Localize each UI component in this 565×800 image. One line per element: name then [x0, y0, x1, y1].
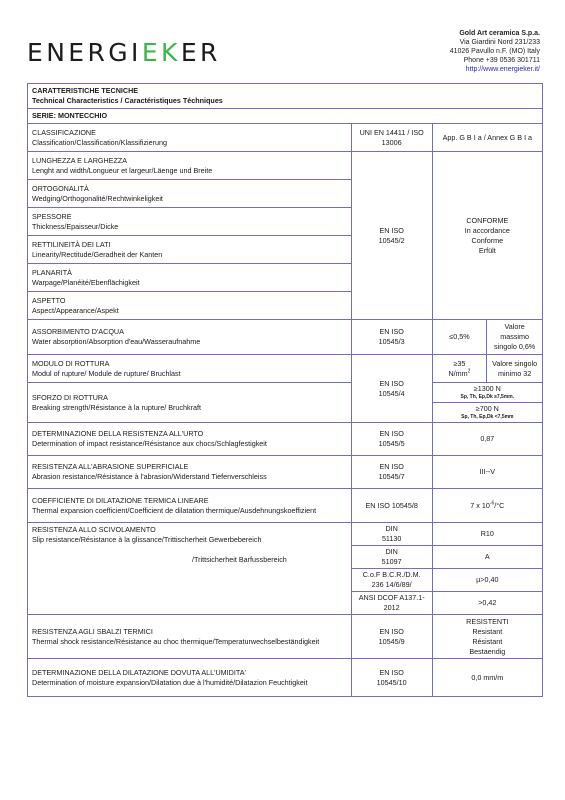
norm-line: 10545/9: [356, 637, 428, 647]
norm-cell: DIN51097: [351, 546, 432, 569]
property-it: RESISTENZA ALLO SCIVOLAMENTO: [32, 525, 347, 535]
property-cell: MODULO DI ROTTURAModul of rupture/ Modul…: [28, 355, 352, 383]
norm-line: EN ISO: [356, 226, 428, 236]
property-it: DETERMINAZIONE DELLA DILATAZIONE DOVUTA …: [32, 668, 347, 678]
norm-line: EN ISO: [356, 462, 428, 472]
table-title: CARATTERISTICHE TECNICHE Technical Chara…: [28, 84, 543, 109]
property-it: SFORZO DI ROTTURA: [32, 393, 347, 403]
norm-line: 10545/2: [356, 236, 428, 246]
value-cell: >0,42: [432, 592, 542, 615]
technical-characteristics-table: CARATTERISTICHE TECNICHE Technical Chara…: [27, 83, 543, 697]
condition-line: Sp, Th, Ep,Dk <7,5mm: [435, 414, 540, 421]
norm-cell: EN ISO10545/4: [351, 355, 432, 423]
property-it: ORTOGONALITÀ: [32, 184, 347, 194]
value-line: RESISTENTI: [435, 617, 540, 627]
property-cell: PLANARITÀWarpage/Planéité/Ebenflächigkei…: [28, 264, 352, 292]
value-line: ≥700 N: [435, 404, 540, 414]
norm-line: 10545/5: [356, 439, 428, 449]
norm-line: 2012: [354, 603, 430, 613]
value-line: ≥35: [437, 359, 483, 369]
condition-line: Sp, Th, Ep,Dk ≥7,5mm.: [435, 394, 540, 401]
value-base: 7 x 10: [470, 501, 490, 510]
property-en: Thickness/Epaisseur/Dicke: [32, 222, 347, 232]
norm-cell: UNI EN 14411 / ISO 13006: [351, 124, 432, 152]
property-en: Abrasion resistance/Résistance à l'abras…: [32, 472, 347, 482]
norm-cell: DIN51130: [351, 523, 432, 546]
norm-line: 10545/4: [356, 389, 428, 399]
serie-row: SERIE: MONTECCHIO: [28, 109, 543, 124]
table-row: RESISTENZA ALL'ABRASIONE SUPERFICIALEAbr…: [28, 456, 543, 489]
property-cell: COEFFICIENTE DI DILATAZIONE TERMICA LINE…: [28, 489, 352, 523]
norm-line: 51097: [354, 557, 430, 567]
company-address-1: Via Giardini Nord 231/233: [450, 38, 540, 47]
title-italian: CARATTERISTICHE TECNICHE: [32, 86, 538, 96]
value-line: CONFORME: [437, 216, 538, 226]
table-row: LUNGHEZZA E LARGHEZZALenght and width/Lo…: [28, 152, 543, 180]
norm-line: ANSI DCOF A137.1-: [354, 593, 430, 603]
property-cell: RESISTENZA ALLO SCIVOLAMENTO Slip resist…: [28, 523, 352, 615]
value-cell: ≥1300 NSp, Th, Ep,Dk ≥7,5mm.: [432, 383, 542, 403]
value-line: ≥1300 N: [435, 384, 540, 394]
property-it: ASSORBIMENTO D'ACQUA: [32, 327, 347, 337]
property-cell: SPESSOREThickness/Epaisseur/Dicke: [28, 208, 352, 236]
property-it: LUNGHEZZA E LARGHEZZA: [32, 156, 347, 166]
norm-line: C.o.F B.C.R./D.M.: [354, 570, 430, 580]
norm-line: 10545/7: [356, 472, 428, 482]
table-row: DETERMINAZIONE DELLA RESISTENZA ALL'URTO…: [28, 423, 543, 456]
property-en: Slip resistance/Résistance à la glissanc…: [32, 535, 347, 545]
table-row: COEFFICIENTE DI DILATAZIONE TERMICA LINE…: [28, 489, 543, 523]
property-it: DETERMINAZIONE DELLA RESISTENZA ALL'URTO: [32, 429, 347, 439]
value-cell: RESISTENTI Resistant Résistant Bestaendi…: [432, 615, 542, 659]
norm-cell: EN ISO10545/3: [351, 320, 432, 355]
property-en: Classification/Classification/Klassifizi…: [32, 138, 347, 148]
norm-line: 10545/10: [356, 678, 428, 688]
logo-text: ENERGI: [27, 38, 142, 67]
property-it: RESISTENZA AGLI SBALZI TERMICI: [32, 627, 347, 637]
company-url-link[interactable]: http://www.energieker.it/: [450, 65, 540, 74]
company-name: Gold Art ceramica S.p.a.: [450, 29, 540, 38]
property-en: Determination of moisture expansion/Dila…: [32, 678, 347, 688]
property-cell: RESISTENZA AGLI SBALZI TERMICIThermal sh…: [28, 615, 352, 659]
value-cell: III--V: [432, 456, 542, 489]
norm-cell: EN ISO 10545/8: [351, 489, 432, 523]
norm-cell: EN ISO10545/7: [351, 456, 432, 489]
value-cell: 0,87: [432, 423, 542, 456]
property-en: Thermal shock resistance/Résistance au c…: [32, 637, 347, 647]
value-cell: R10: [432, 523, 542, 546]
property-en: Aspect/Appearance/Aspekt: [32, 306, 347, 316]
value-cell: µ>0,40: [432, 569, 542, 592]
property-it: CLASSIFICAZIONE: [32, 128, 347, 138]
table-row: MODULO DI ROTTURAModul of rupture/ Modul…: [28, 355, 543, 383]
value-line: Résistant: [435, 637, 540, 647]
property-cell: DETERMINAZIONE DELLA DILATAZIONE DOVUTA …: [28, 659, 352, 697]
table-row: ASSORBIMENTO D'ACQUAWater absorption/Abs…: [28, 320, 543, 355]
property-en: Thermal expansion coefficient/Coefficien…: [32, 506, 347, 516]
property-it: MODULO DI ROTTURA: [32, 359, 347, 369]
property-en: Warpage/Planéité/Ebenflächigkeit: [32, 278, 347, 288]
value-line: Erfült: [437, 246, 538, 256]
property-en: Lenght and width/Longueur et largeur/Läe…: [32, 166, 347, 176]
value-cell: ≥700 NSp, Th, Ep,Dk <7,5mm: [432, 403, 542, 423]
norm-cell: EN ISO10545/5: [351, 423, 432, 456]
value-unit: N/mm: [448, 369, 467, 378]
norm-line: EN ISO: [356, 668, 428, 678]
value-unit: /°C: [494, 501, 504, 510]
property-cell: ASSORBIMENTO D'ACQUAWater absorption/Abs…: [28, 320, 352, 355]
company-address-2: 41026 Pavullo n.F. (MO) Italy: [450, 47, 540, 56]
property-cell: SFORZO DI ROTTURABreaking strength/Résis…: [28, 383, 352, 423]
note-cell: Valore massimo singolo 0,6%: [487, 320, 543, 355]
norm-line: EN ISO: [356, 327, 428, 337]
property-it: SPESSORE: [32, 212, 347, 222]
property-cell: ASPETTOAspect/Appearance/Aspekt: [28, 292, 352, 320]
property-it: RETTILINEITÀ DEI LATI: [32, 240, 347, 250]
note-cell: Valore singolo minimo 32: [487, 355, 543, 383]
table-row: RESISTENZA AGLI SBALZI TERMICIThermal sh…: [28, 615, 543, 659]
company-info: Gold Art ceramica S.p.a. Via Giardini No…: [450, 29, 540, 74]
property-en-secondary: /Trittsicherheit Barfussbereich: [32, 555, 347, 565]
property-cell: RESISTENZA ALL'ABRASIONE SUPERFICIALEAbr…: [28, 456, 352, 489]
norm-cell-group: EN ISO10545/2: [351, 152, 432, 320]
value-line: Resistant: [435, 627, 540, 637]
norm-line: EN ISO: [356, 379, 428, 389]
norm-cell: C.o.F B.C.R./D.M.236 14/6/89/: [351, 569, 432, 592]
property-en: Modul of rupture/ Module de rupture/ Bru…: [32, 369, 347, 379]
table-row: CLASSIFICAZIONEClassification/Classifica…: [28, 124, 543, 152]
value-line: Conforme: [437, 236, 538, 246]
value-cell: ≥35N/mm2: [432, 355, 487, 383]
value-cell: ≤0,5%: [432, 320, 487, 355]
property-en: Breaking strength/Résistance à la ruptur…: [32, 403, 347, 413]
value-cell: 7 x 10-6/°C: [432, 489, 542, 523]
norm-line: 10545/3: [356, 337, 428, 347]
value-cell: 0,0 mm/m: [432, 659, 542, 697]
property-cell: ORTOGONALITÀWedging/Orthogonalité/Rechtw…: [28, 180, 352, 208]
norm-line: DIN: [354, 547, 430, 557]
property-en: Water absorption/Absorption d'eau/Wasser…: [32, 337, 347, 347]
norm-line: 51130: [354, 534, 430, 544]
property-cell: DETERMINAZIONE DELLA RESISTENZA ALL'URTO…: [28, 423, 352, 456]
property-en: Determination of impact resistance/Résis…: [32, 439, 347, 449]
property-it: ASPETTO: [32, 296, 347, 306]
property-en: Wedging/Orthogonalité/Rechtwinkeligkeit: [32, 194, 347, 204]
value-cell-group: CONFORME In accordance Conforme Erfült: [432, 152, 542, 320]
value-cell: A: [432, 546, 542, 569]
serie-label: SERIE: MONTECCHIO: [28, 109, 543, 124]
property-it: RESISTENZA ALL'ABRASIONE SUPERFICIALE: [32, 462, 347, 472]
table-title-row: CARATTERISTICHE TECNICHE Technical Chara…: [28, 84, 543, 109]
norm-cell: EN ISO10545/10: [351, 659, 432, 697]
table-row: DETERMINAZIONE DELLA DILATAZIONE DOVUTA …: [28, 659, 543, 697]
norm-line: EN ISO: [356, 627, 428, 637]
norm-line: DIN: [354, 524, 430, 534]
logo-accent-text: EK: [142, 38, 181, 67]
table-row: SFORZO DI ROTTURABreaking strength/Résis…: [28, 383, 543, 403]
table-row: RESISTENZA ALLO SCIVOLAMENTO Slip resist…: [28, 523, 543, 546]
property-it: PLANARITÀ: [32, 268, 347, 278]
company-phone: Phone +39 0536 301711: [450, 56, 540, 65]
property-cell: RETTILINEITÀ DEI LATILinearity/Rectitude…: [28, 236, 352, 264]
property-cell: CLASSIFICAZIONEClassification/Classifica…: [28, 124, 352, 152]
value-unit-exponent: 2: [468, 368, 471, 374]
norm-cell: EN ISO10545/9: [351, 615, 432, 659]
title-multilingual: Technical Characteristics / Caractéristi…: [32, 96, 538, 106]
value-line: In accordance: [437, 226, 538, 236]
energieker-logo: ENERGIEKER: [27, 38, 221, 67]
value-cell: App. G B I a / Annex G B I a: [432, 124, 542, 152]
property-en: Linearity/Rectitude/Geradheit der Kanten: [32, 250, 347, 260]
norm-cell: ANSI DCOF A137.1-2012: [351, 592, 432, 615]
norm-line: EN ISO: [356, 429, 428, 439]
property-cell: LUNGHEZZA E LARGHEZZALenght and width/Lo…: [28, 152, 352, 180]
value-line: Bestaendig: [435, 647, 540, 657]
norm-line: 236 14/6/89/: [354, 580, 430, 590]
logo-text-end: ER: [181, 38, 221, 67]
property-it: COEFFICIENTE DI DILATAZIONE TERMICA LINE…: [32, 496, 347, 506]
